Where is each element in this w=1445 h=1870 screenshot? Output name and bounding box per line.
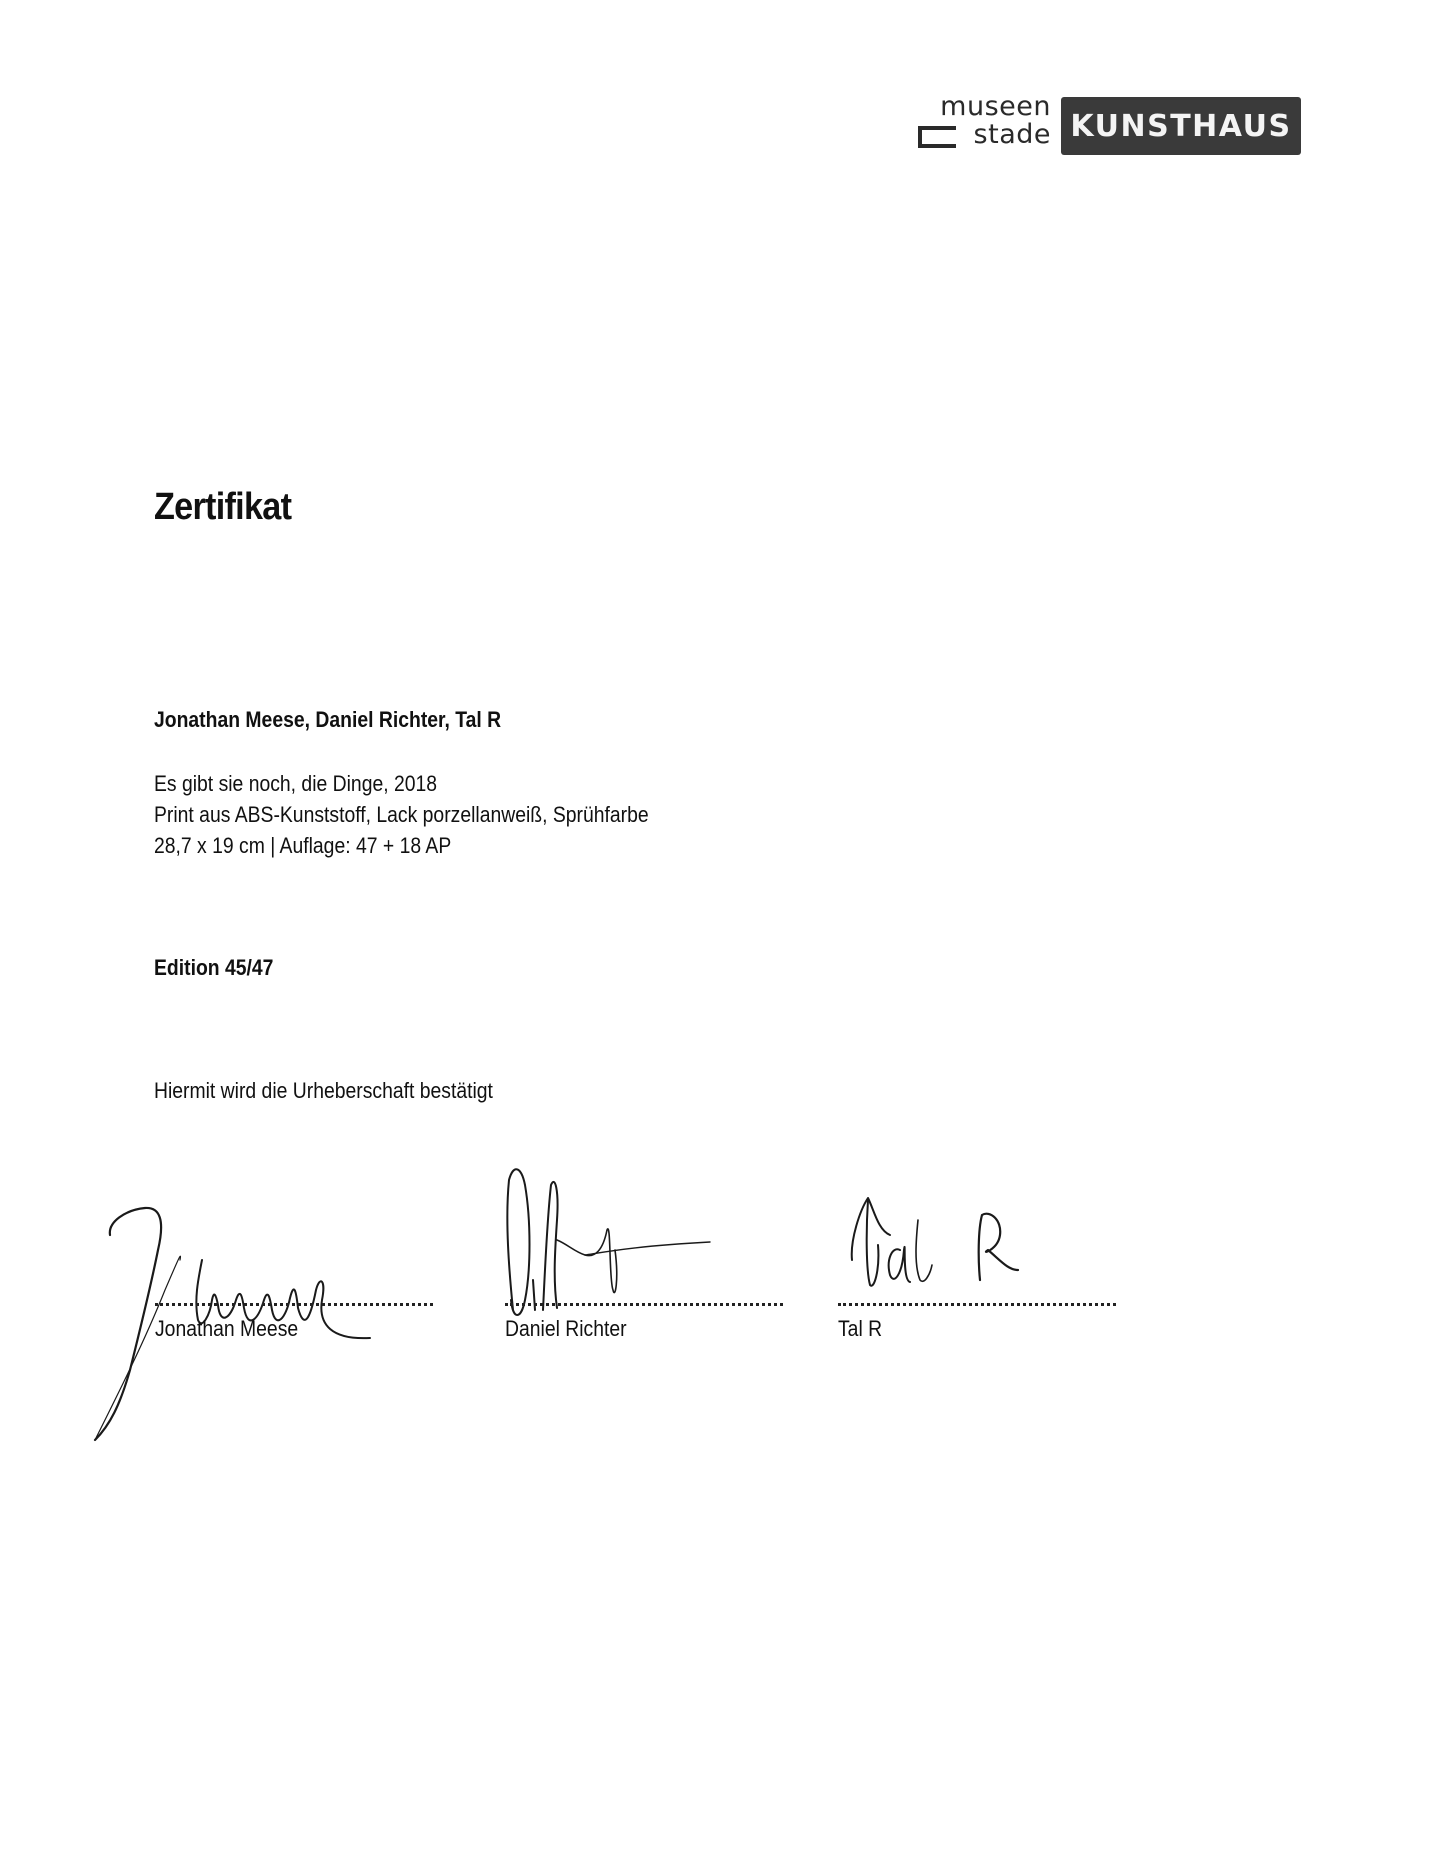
- logo-museen-text: museen: [940, 93, 1051, 120]
- authorship-confirmation: Hiermit wird die Urheberschaft bestätigt: [154, 1078, 493, 1104]
- signature-block-tal-r: Tal R: [838, 1303, 1116, 1342]
- museen-stade-wordmark: museen stade: [918, 97, 1053, 155]
- kunsthaus-badge: KUNSTHAUS: [1061, 97, 1301, 155]
- handwritten-signature-tal-r-icon: [840, 1190, 1070, 1300]
- signature-block-meese: Jonathan Meese: [155, 1303, 433, 1342]
- signature-line: [155, 1303, 433, 1306]
- artists-heading: Jonathan Meese, Daniel Richter, Tal R: [154, 707, 501, 733]
- signatory-name: Tal R: [838, 1316, 1083, 1342]
- work-details: Es gibt sie noch, die Dinge, 2018 Print …: [154, 768, 649, 861]
- signatory-name: Jonathan Meese: [155, 1316, 400, 1342]
- logo-bracket-icon: [918, 126, 956, 148]
- work-title-year: Es gibt sie noch, die Dinge, 2018: [154, 768, 649, 799]
- logo-stade-text: stade: [974, 121, 1051, 148]
- signatory-name: Daniel Richter: [505, 1316, 750, 1342]
- museen-stade-kunsthaus-logo: museen stade KUNSTHAUS: [918, 97, 1301, 155]
- signature-block-richter: Daniel Richter: [505, 1303, 783, 1342]
- work-dimensions-edition: 28,7 x 19 cm | Auflage: 47 + 18 AP: [154, 830, 649, 861]
- certificate-page: museen stade KUNSTHAUS Zertifikat Jonath…: [0, 0, 1445, 1870]
- signature-line: [505, 1303, 783, 1306]
- signature-line: [838, 1303, 1116, 1306]
- edition-number: Edition 45/47: [154, 955, 273, 981]
- page-title: Zertifikat: [154, 486, 291, 529]
- work-material: Print aus ABS-Kunststoff, Lack porzellan…: [154, 799, 649, 830]
